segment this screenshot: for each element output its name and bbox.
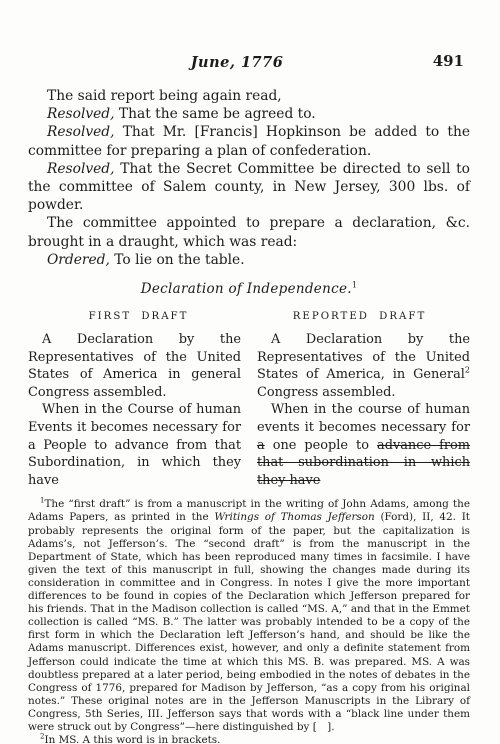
running-head: June, 1776 491 <box>28 54 470 74</box>
paragraph-lead: Resolved, <box>47 124 123 140</box>
section-title-text: Declaration of Independence. <box>141 281 352 297</box>
section-title: Declaration of Independence.1 <box>28 281 470 297</box>
reported-draft-column: A Declaration by the Representatives of … <box>257 331 470 489</box>
running-head-date: June, 1776 <box>16 54 458 71</box>
draft-comparison-columns: A Declaration by the Representatives of … <box>28 331 470 489</box>
reported-draft-paragraph: A Declaration by the Representatives of … <box>257 331 470 401</box>
section-title-footnote-ref: 1 <box>352 281 357 290</box>
proceedings-paragraph: The said report being again read, <box>28 87 470 105</box>
reported-draft-heading: REPORTED DRAFT <box>249 311 470 322</box>
footnote: 1The “first draft” is from a manuscript … <box>28 498 470 734</box>
column-headers: FIRST DRAFT REPORTED DRAFT <box>28 311 470 322</box>
proceedings-paragraph: The committee appointed to prepare a dec… <box>28 214 470 250</box>
proceedings-paragraph: Ordered, To lie on the table. <box>28 251 470 269</box>
paragraph-lead: Resolved, <box>47 161 120 177</box>
proceedings-paragraph: Resolved, That Mr. [Francis] Hopkinson b… <box>28 123 470 159</box>
scanned-book-page: June, 1776 491 The said report being aga… <box>0 0 500 744</box>
first-draft-paragraph: When in the Course of human Events it be… <box>28 401 241 489</box>
paragraph-text: When in the course of human events it be… <box>257 402 470 435</box>
paragraph-text: Congress assembled. <box>257 385 395 400</box>
struck-text: a <box>257 438 265 453</box>
paragraph-text: A Declaration by the Representatives of … <box>257 332 470 382</box>
paragraph-text: one people to <box>265 438 377 453</box>
footnote: 2In MS. A this word is in brackets. <box>28 734 470 744</box>
footnote-text: In MS. A this word is in brackets. <box>44 734 220 744</box>
footnote-italic-title: Writings of Thomas Jefferson <box>214 511 374 523</box>
paragraph-text: The committee appointed to prepare a dec… <box>28 215 470 249</box>
footnote-ref-general: 2 <box>465 366 470 375</box>
proceedings-paragraph: Resolved, That the same be agreed to. <box>28 105 470 123</box>
page-number: 491 <box>433 52 464 70</box>
reported-draft-paragraph: When in the course of human events it be… <box>257 401 470 489</box>
paragraph-text: That the same be agreed to. <box>119 106 316 122</box>
paragraph-lead: Resolved, <box>47 106 119 122</box>
footnote-text: (Ford), II, 42. It probably represents t… <box>28 511 470 733</box>
paragraph-text: To lie on the table. <box>114 252 244 268</box>
proceedings-section: The said report being again read, Resolv… <box>28 87 470 269</box>
first-draft-column: A Declaration by the Representatives of … <box>28 331 241 489</box>
first-draft-paragraph: A Declaration by the Representatives of … <box>28 331 241 401</box>
paragraph-lead: Ordered, <box>47 252 114 268</box>
paragraph-text: The said report being again read, <box>47 88 282 104</box>
footnotes-section: 1The “first draft” is from a manuscript … <box>28 498 470 744</box>
proceedings-paragraph: Resolved, That the Secret Committee be d… <box>28 160 470 215</box>
first-draft-heading: FIRST DRAFT <box>28 311 249 322</box>
